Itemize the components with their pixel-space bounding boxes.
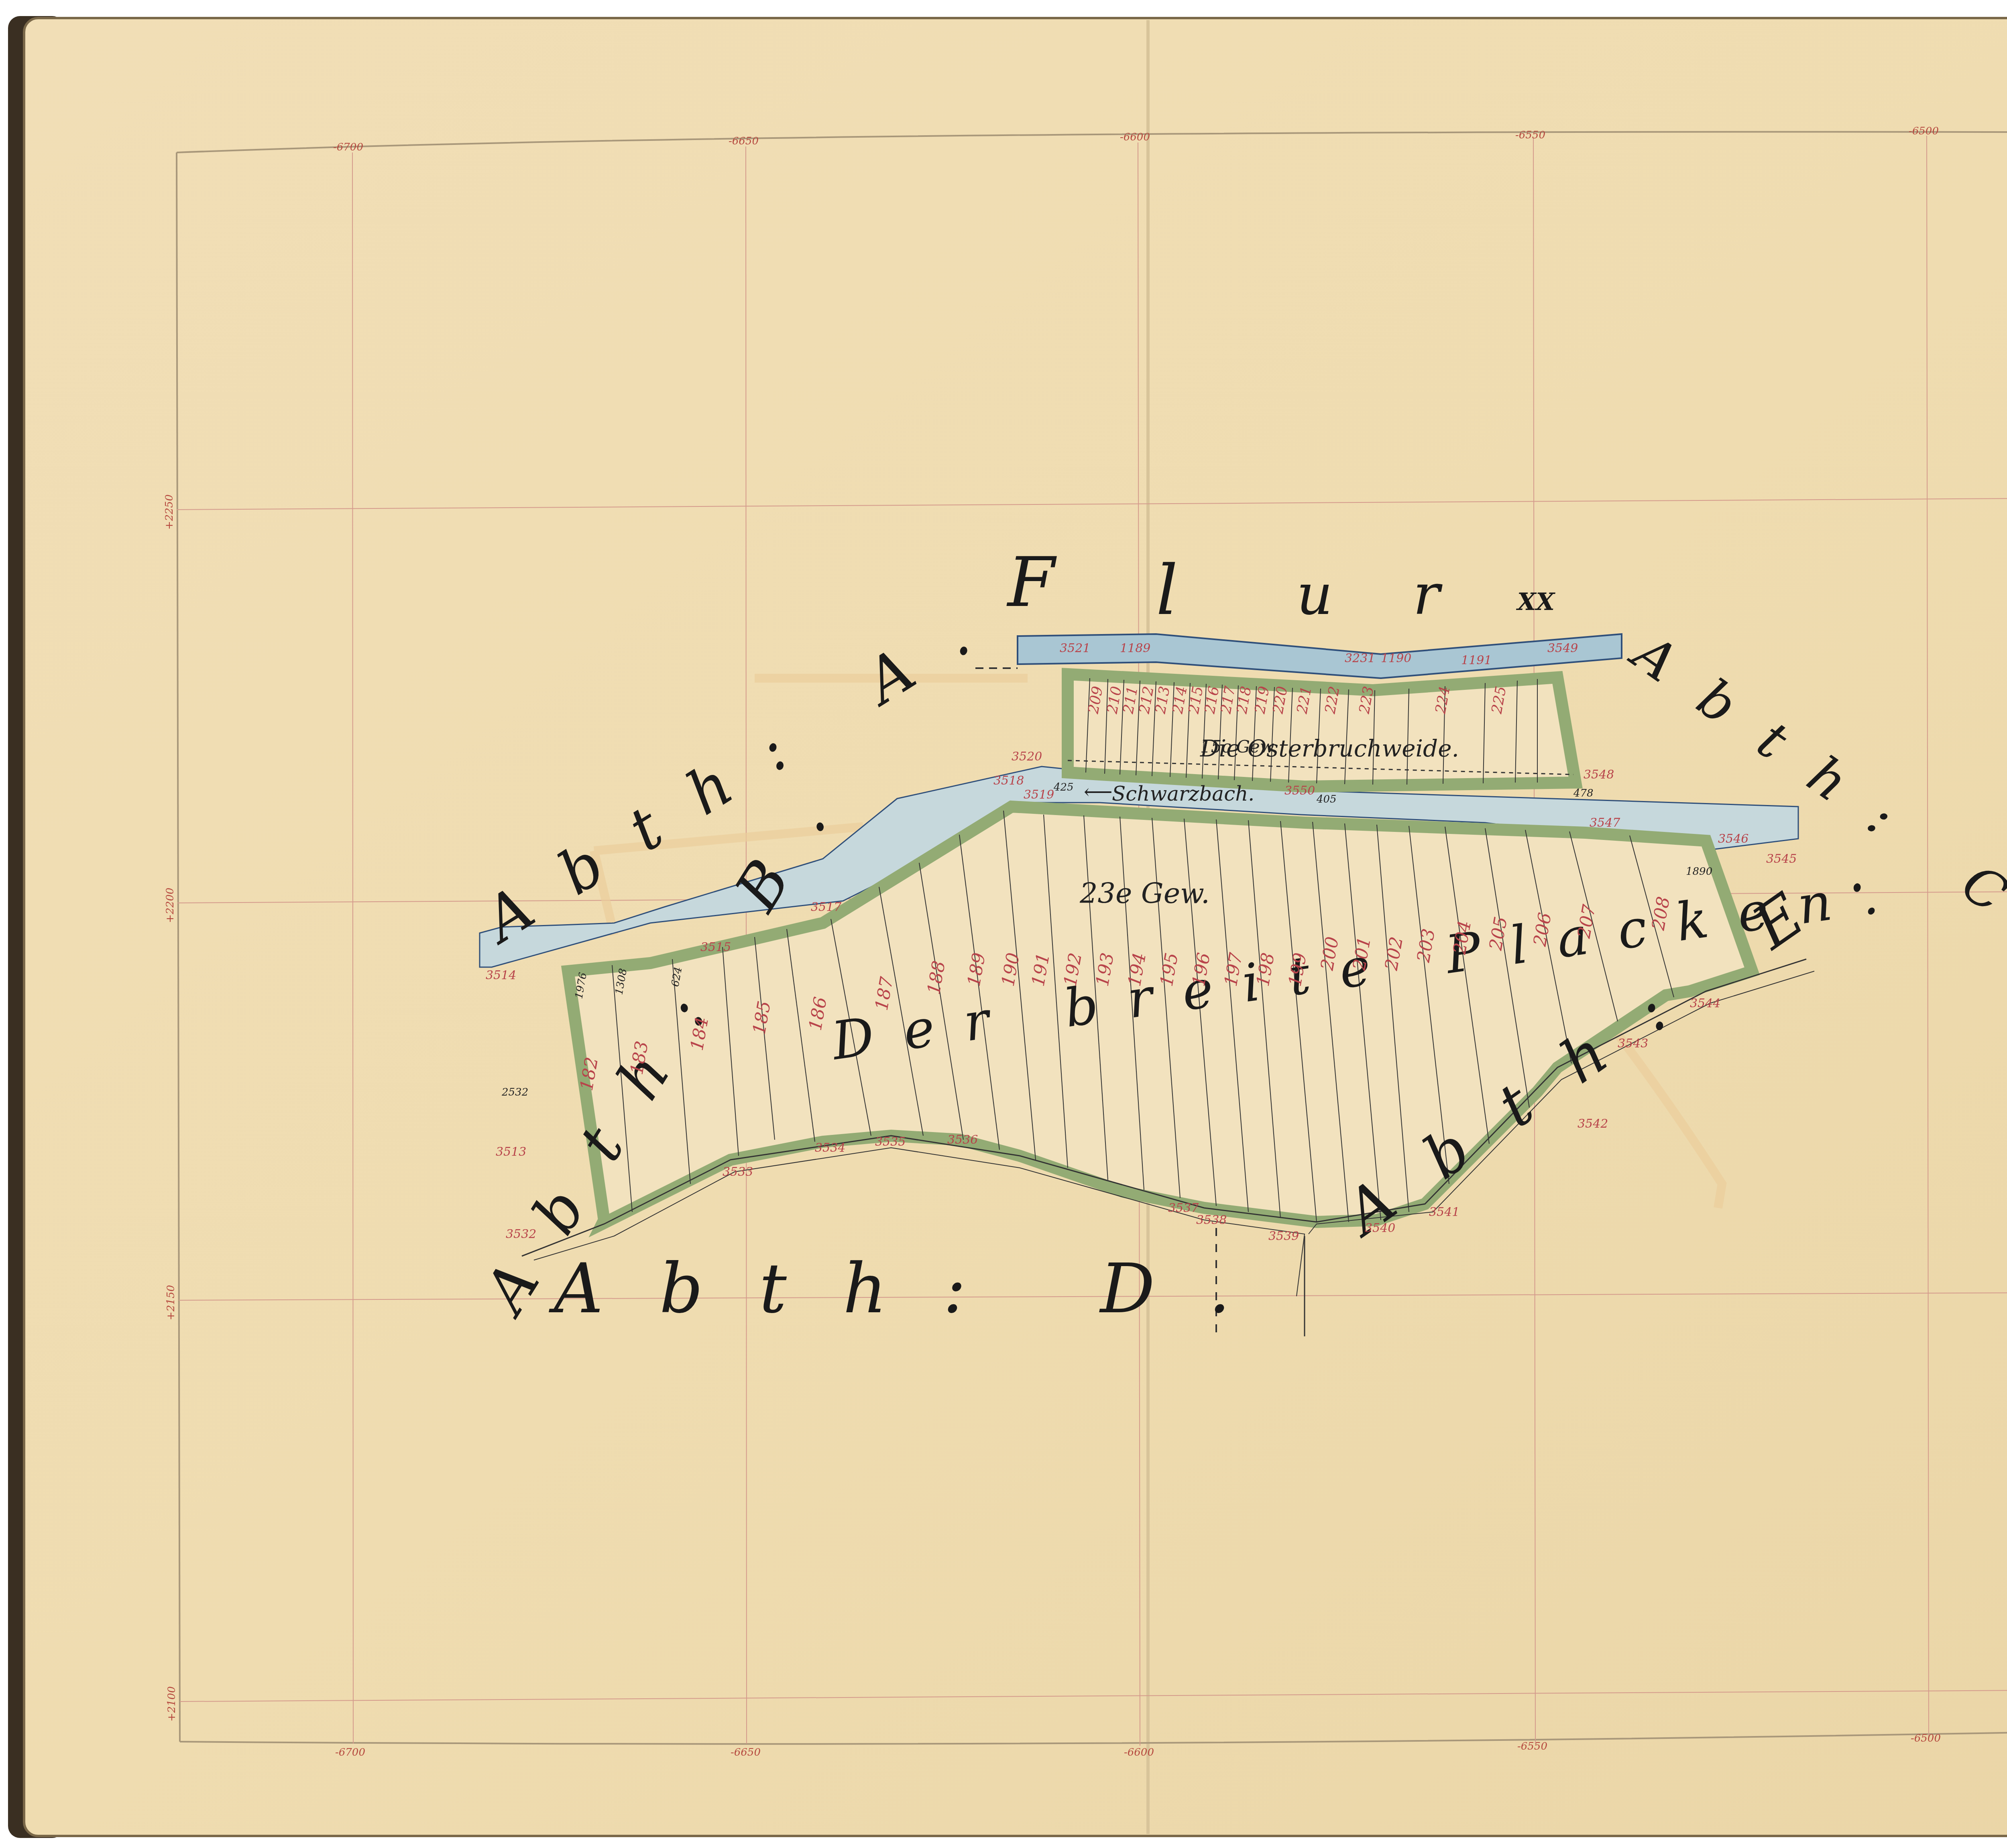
survey-point-label: 3546: [1718, 832, 1748, 846]
title-letter-l: l: [1156, 551, 1178, 630]
grid-label-left-1: +2200: [164, 888, 176, 923]
flur-number: XX: [1516, 588, 1556, 616]
grid-label-top-4: -6500: [1909, 125, 1939, 137]
survey-point-label: 3537: [1168, 1201, 1199, 1215]
survey-point-label: 3532: [506, 1227, 536, 1241]
flow-arrow-icon: ⟵: [1084, 780, 1113, 803]
osterbruchweide-labels: 15c Gew. Die Osterbruchweide.: [1200, 735, 1459, 762]
survey-point-label: 1190: [1381, 651, 1411, 665]
measure-label: 1890: [1686, 866, 1712, 878]
survey-point-label: 3548: [1584, 768, 1614, 782]
survey-point-label: 3521: [1060, 641, 1090, 655]
gewann-label-lower: 23e Gew.: [1079, 877, 1210, 910]
survey-point-label: 3550: [1284, 784, 1315, 798]
survey-point-label: 3514: [486, 968, 516, 982]
upper-block-name: Die Osterbruchweide.: [1200, 735, 1459, 762]
grid-label-bottom-4: -6500: [1911, 1732, 1941, 1744]
survey-point-label: 3544: [1690, 996, 1720, 1010]
title-letter-r: r: [1413, 562, 1443, 628]
survey-point-label: 3542: [1578, 1117, 1608, 1131]
grid-label-top-3: -6550: [1515, 129, 1545, 141]
survey-point-label: 3520: [1012, 750, 1042, 764]
grid-label-top-0: -6700: [333, 141, 363, 153]
survey-point-label: 3543: [1618, 1037, 1648, 1051]
measure-label: 2532: [501, 1086, 528, 1098]
schwarzbach-label-group: ⟵ Schwarzbach.: [1084, 780, 1254, 805]
cadastral-map-sheet: -6700 -6650 -6600 -6550 -6500 -6700 -665…: [0, 0, 2007, 1848]
survey-point-label: 3518: [993, 774, 1024, 788]
survey-point-label: 3536: [947, 1133, 978, 1147]
title-letter-f: F: [1006, 543, 1057, 622]
survey-point-label: 3545: [1766, 852, 1797, 866]
survey-point-label: 3513: [496, 1145, 526, 1159]
survey-point-label: 3535: [875, 1135, 906, 1149]
grid-label-bottom-0: -6700: [335, 1746, 365, 1759]
grid-label-bottom-1: -6650: [731, 1746, 761, 1759]
title-letter-u: u: [1297, 562, 1333, 628]
grid-label-bottom-2: -6600: [1124, 1746, 1154, 1759]
survey-point-label: 3519: [1024, 788, 1054, 802]
grid-label-left-3: +2100: [166, 1686, 178, 1722]
measure-label: 405: [1316, 793, 1337, 805]
grid-label-left-2: +2150: [165, 1285, 177, 1320]
measure-label: 478: [1573, 787, 1594, 799]
survey-point-label: 3515: [700, 940, 731, 954]
survey-point-label: 3541: [1429, 1205, 1459, 1219]
survey-point-label: 3539: [1268, 1229, 1299, 1243]
grid-label-left-0: +2250: [163, 494, 175, 530]
grid-label-bottom-3: -6550: [1517, 1740, 1547, 1752]
survey-point-label: 1191: [1461, 653, 1492, 667]
measure-label: 425: [1053, 781, 1074, 793]
stream-name: Schwarzbach.: [1112, 782, 1254, 805]
survey-point-label: 3540: [1365, 1221, 1395, 1235]
survey-point-label: 3534: [815, 1141, 845, 1155]
survey-point-label: 3517: [811, 900, 842, 914]
survey-point-label: 1189: [1120, 641, 1150, 655]
survey-point-label: 3547: [1590, 816, 1620, 830]
survey-point-label: 3533: [723, 1165, 753, 1179]
survey-point-label: 3549: [1547, 641, 1578, 655]
grid-label-top-1: -6650: [729, 135, 759, 147]
grid-label-top-2: -6600: [1120, 131, 1150, 143]
district-label-abth-d: Abth: D.: [549, 1249, 1286, 1329]
survey-point-label: 3538: [1196, 1213, 1227, 1227]
survey-point-label: 3231: [1345, 651, 1375, 665]
